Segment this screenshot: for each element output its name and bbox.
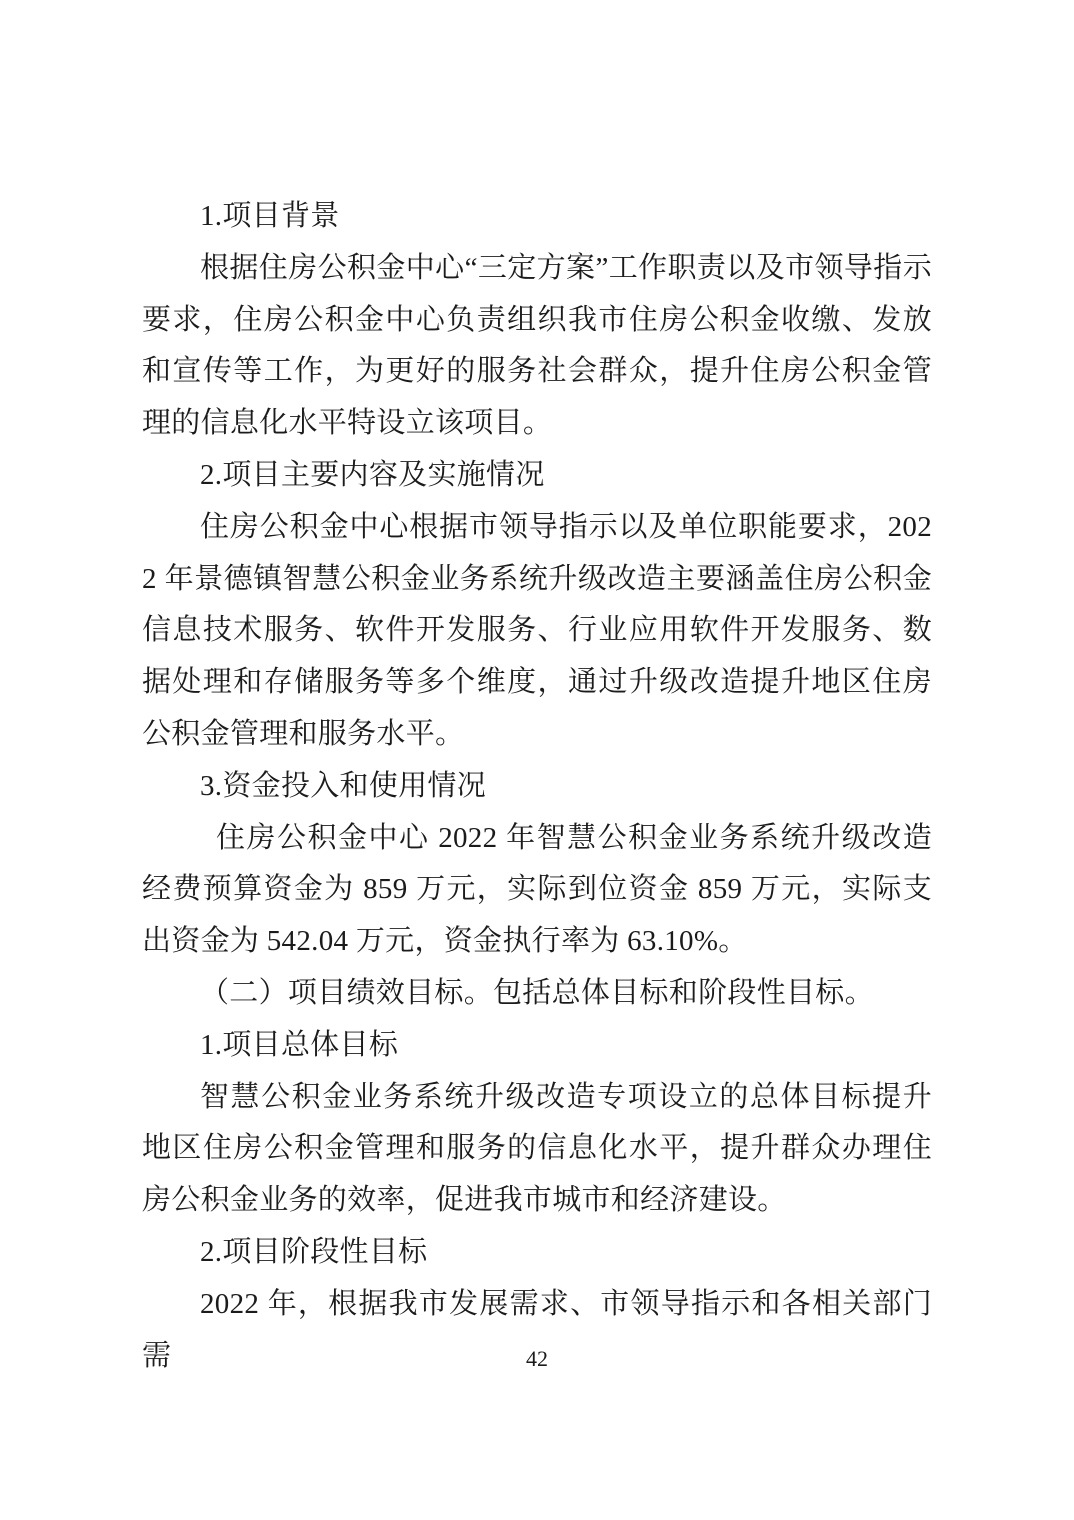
heading-performance-goals: （二）项目绩效目标。包括总体目标和阶段性目标。 — [142, 968, 932, 1020]
heading-overall-goal: 1.项目总体目标 — [142, 1020, 932, 1072]
para-project-content: 住房公积金中心根据市领导指示以及单位职能要求，2022 年景德镇智慧公积金业务系… — [142, 502, 932, 761]
heading-funding-usage: 3.资金投入和使用情况 — [142, 761, 932, 813]
page-number: 42 — [526, 1346, 548, 1371]
document-text-block: 1.项目背景 根据住房公积金中心“三定方案”工作职责以及市领导指示要求，住房公积… — [142, 191, 932, 1382]
para-project-background: 根据住房公积金中心“三定方案”工作职责以及市领导指示要求，住房公积金中心负责组织… — [142, 243, 932, 450]
para-overall-goal: 智慧公积金业务系统升级改造专项设立的总体目标提升地区住房公积金管理和服务的信息化… — [142, 1072, 932, 1227]
para-funding-usage: 住房公积金中心 2022 年智慧公积金业务系统升级改造经费预算资金为 859 万… — [142, 813, 932, 968]
heading-stage-goal: 2.项目阶段性目标 — [142, 1227, 932, 1279]
document-page: 1.项目背景 根据住房公积金中心“三定方案”工作职责以及市领导指示要求，住房公积… — [0, 0, 1074, 1520]
heading-project-background: 1.项目背景 — [142, 191, 932, 243]
heading-project-content: 2.项目主要内容及实施情况 — [142, 450, 932, 502]
page-footer: 42 — [0, 1346, 1074, 1372]
